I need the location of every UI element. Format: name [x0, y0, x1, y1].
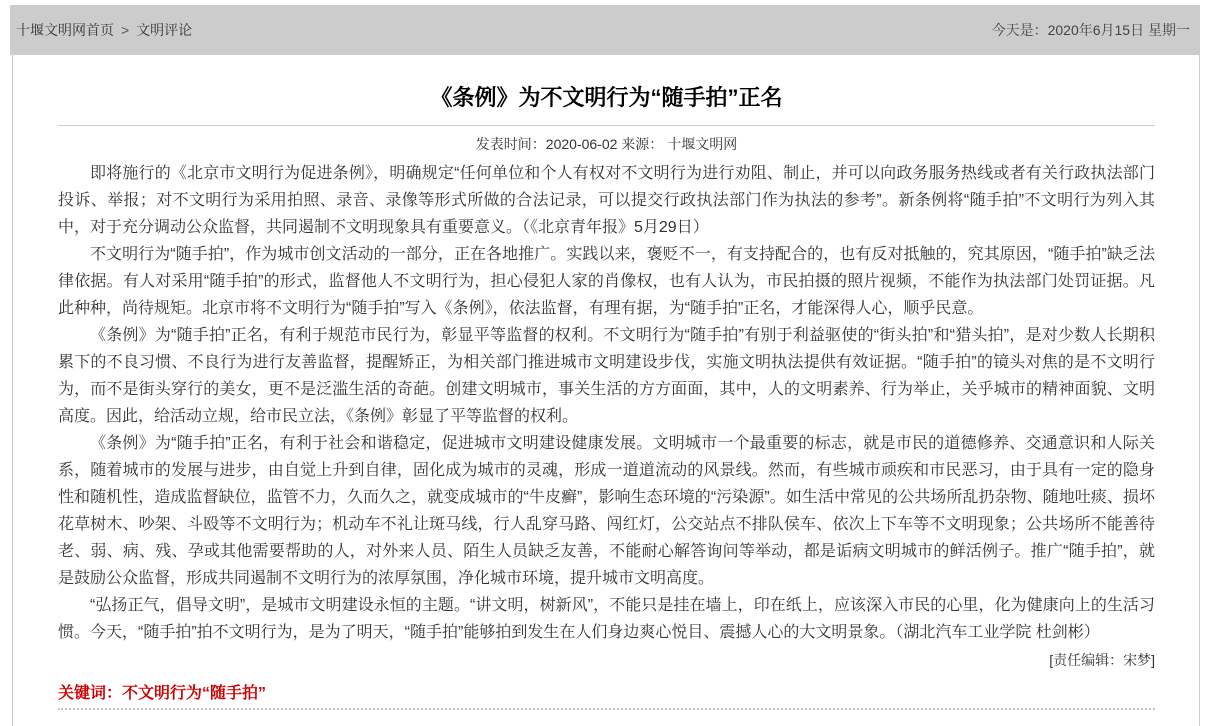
- current-date-text: 今天是：2020年6月15日 星期一: [992, 20, 1194, 40]
- article-paragraph: 《条例》为“随手拍”正名，有利于规范市民行为，彰显平等监督的权利。不文明行为“随…: [58, 322, 1155, 430]
- breadcrumb-home-link[interactable]: 十堰文明网首页: [16, 20, 114, 40]
- article-paragraph: 不文明行为“随手拍”，作为城市创文活动的一部分，正在各地推广。实践以来，褒贬不一…: [58, 241, 1155, 322]
- editor-credit: [责任编辑：宋梦]: [58, 650, 1155, 670]
- article-body: 即将施行的《北京市文明行为促进条例》，明确规定“任何单位和个人有权对不文明行为进…: [58, 160, 1155, 646]
- article-paragraph: “弘扬正气，倡导文明”，是城市文明建设永恒的主题。“讲文明，树新风”，不能只是挂…: [58, 592, 1155, 646]
- article-container: 《条例》为不文明行为“随手拍”正名 发表时间：2020-06-02 来源： 十堰…: [12, 55, 1200, 726]
- keywords-label: 关键词：: [58, 685, 122, 702]
- top-bar: 十堰文明网首页 > 文明评论 今天是：2020年6月15日 星期一: [10, 5, 1200, 55]
- dotted-divider: [58, 708, 1155, 710]
- keywords-line: 关键词：不文明行为“随手拍”: [58, 680, 1155, 703]
- article-meta: 发表时间：2020-06-02 来源： 十堰文明网: [58, 126, 1155, 160]
- breadcrumb-current-link[interactable]: 文明评论: [136, 20, 192, 40]
- article-paragraph: 即将施行的《北京市文明行为促进条例》，明确规定“任何单位和个人有权对不文明行为进…: [58, 160, 1155, 241]
- breadcrumb-separator: >: [121, 22, 129, 38]
- keyword-link[interactable]: 不文明行为“随手拍”: [122, 685, 266, 702]
- article-paragraph: 《条例》为“随手拍”正名，有利于社会和谐稳定，促进城市文明建设健康发展。文明城市…: [58, 430, 1155, 592]
- breadcrumb: 十堰文明网首页 > 文明评论: [16, 20, 192, 40]
- page: 十堰文明网首页 > 文明评论 今天是：2020年6月15日 星期一 《条例》为不…: [0, 5, 1211, 726]
- article-title: 《条例》为不文明行为“随手拍”正名: [58, 85, 1155, 111]
